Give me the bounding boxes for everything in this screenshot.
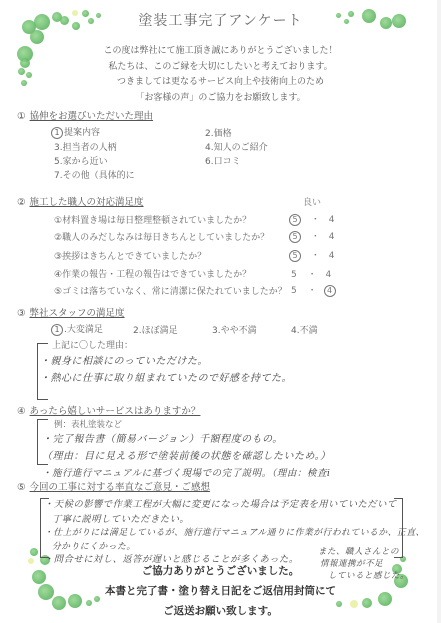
section-title: 弊社スタッフの満足度 bbox=[30, 308, 125, 319]
section-title: 協伸をお選びいただいた理由 bbox=[30, 111, 154, 122]
section-number: ⑤ bbox=[17, 482, 26, 493]
question-5: ⑤ゴミは落ちていなく、常に清潔に保たれていましたか？ bbox=[54, 284, 287, 297]
intro-text: この度は弊社にて施工頂き誠にありがとうございました！ 私たちは、このご縁を大切に… bbox=[0, 44, 441, 106]
question-4: ④作業の報告・工程の報告はできていましたか？ bbox=[54, 267, 251, 280]
section4-comment-3: ・施行進行マニュアルに基づく現場での完了説明。（理由：検査i bbox=[42, 465, 330, 479]
section3-comment-1: ・親身に相談にのっていただけた。 bbox=[40, 352, 208, 367]
section3-option-3[interactable]: 3.やや不満 bbox=[212, 323, 257, 336]
question-5-score[interactable]: 5 ・ 4 bbox=[291, 283, 337, 297]
section1-heading: ①協伸をお選びいただいた理由 bbox=[17, 108, 153, 122]
section1-option-1[interactable]: 1提案内容 bbox=[51, 125, 100, 139]
section4-heading: ④あったら嬉しいサービスはありますか？ bbox=[17, 403, 200, 417]
intro-line: 「お客様の声」のご協力をお願致します。 bbox=[0, 91, 441, 107]
section5-comment-2: ・仕上がりには満足しているが、施行進行マニュアル通りに作業が行われているか、正直… bbox=[44, 525, 425, 538]
section-title: 今回の工事に対する率直なご意見・ご感想 bbox=[30, 482, 211, 493]
section5-comment-1b: 丁寧に説明していただきたい。 bbox=[52, 511, 189, 525]
scale-header-good: 良い bbox=[303, 195, 321, 208]
section5-heading: ⑤今回の工事に対する率直なご意見・ご感想 bbox=[17, 479, 210, 493]
survey-page: 塗装工事完了アンケート この度は弊社にて施工頂き誠にありがとうございました！ 私… bbox=[0, 0, 441, 623]
section4-comment-2: （理由：目に見える形で塗装前後の状態を確認したいため。） bbox=[42, 447, 331, 462]
selected-circle: 1 bbox=[51, 127, 63, 139]
intro-line: つきましては更なるサービス向上や技術向上のため bbox=[0, 75, 441, 91]
section1-option-7[interactable]: 7.その他（具体的に bbox=[54, 168, 135, 181]
section4-example: 例：表札塗装など bbox=[54, 418, 122, 430]
question-1: ①材料置き場は毎日整理整頓されていましたか？ bbox=[54, 213, 251, 226]
closing-thanks: ご協力ありがとうございました。 bbox=[0, 563, 441, 578]
section-number: ① bbox=[17, 111, 26, 122]
section1-option-4[interactable]: 4.知人のご紹介 bbox=[205, 140, 268, 153]
section5-comment-1: ・天候の影響で作業工程が大幅に変更になった場合は予定表を用いていただいて bbox=[44, 496, 397, 510]
section1-option-3[interactable]: 3.担当者の人柄 bbox=[54, 140, 117, 153]
section-number: ④ bbox=[17, 406, 26, 417]
selected-circle: 1 bbox=[51, 324, 63, 336]
section3-option-2[interactable]: 2.ほぼ満足 bbox=[133, 323, 178, 336]
survey-title: 塗装工事完了アンケート bbox=[0, 10, 441, 30]
question-2: ②職人のみだしなみは毎日きちんとしていましたか？ bbox=[54, 230, 269, 243]
section3-comment-2: ・熱心に仕事に取り組まれていたので好感を持てた。 bbox=[40, 369, 292, 384]
question-3: ③挨拶はきちんとできていましたか？ bbox=[54, 249, 206, 262]
section2-heading: ②施工した職人の対応満足度 bbox=[17, 194, 144, 208]
question-1-score[interactable]: 5 ・ 4 bbox=[289, 212, 335, 226]
section-number: ③ bbox=[17, 308, 26, 319]
section3-heading: ③弊社スタッフの満足度 bbox=[17, 305, 125, 319]
question-2-score[interactable]: 5 ・ 4 bbox=[289, 229, 335, 243]
section3-reason-label: 上記に〇した理由： bbox=[52, 338, 133, 351]
section3-option-1[interactable]: 1.大変満足 bbox=[51, 322, 103, 336]
section3-option-4[interactable]: 4.不満 bbox=[291, 323, 318, 336]
section-title: 施工した職人の対応満足度 bbox=[30, 197, 144, 208]
section5-comment-4a: また、職人さんとの bbox=[318, 545, 399, 557]
section-number: ② bbox=[17, 197, 26, 208]
closing-return-request: ご返送お願い致します。 bbox=[0, 603, 441, 618]
closing-instructions: 本書と完了書・塗り替え日記をご返信用封筒にて bbox=[0, 583, 441, 598]
section1-option-6[interactable]: 6.口コミ bbox=[205, 154, 241, 167]
question-3-score[interactable]: 5 ・ 4 bbox=[289, 248, 335, 262]
section1-option-5[interactable]: 5.家から近い bbox=[54, 154, 108, 167]
intro-line: 私たちは、このご縁を大切にしたいと考えております。 bbox=[0, 60, 441, 76]
section-title: あったら嬉しいサービスはありますか？ bbox=[30, 406, 201, 417]
scrollbar[interactable] bbox=[437, 0, 441, 623]
intro-line: この度は弊社にて施工頂き誠にありがとうございました！ bbox=[0, 44, 441, 60]
question-4-score[interactable]: 5 ・ 4 bbox=[291, 267, 331, 280]
section1-option-2[interactable]: 2.価格 bbox=[205, 126, 232, 139]
section4-comment-1: ・完了報告書（簡易バージョン）千額程度のもの。 bbox=[42, 430, 283, 445]
